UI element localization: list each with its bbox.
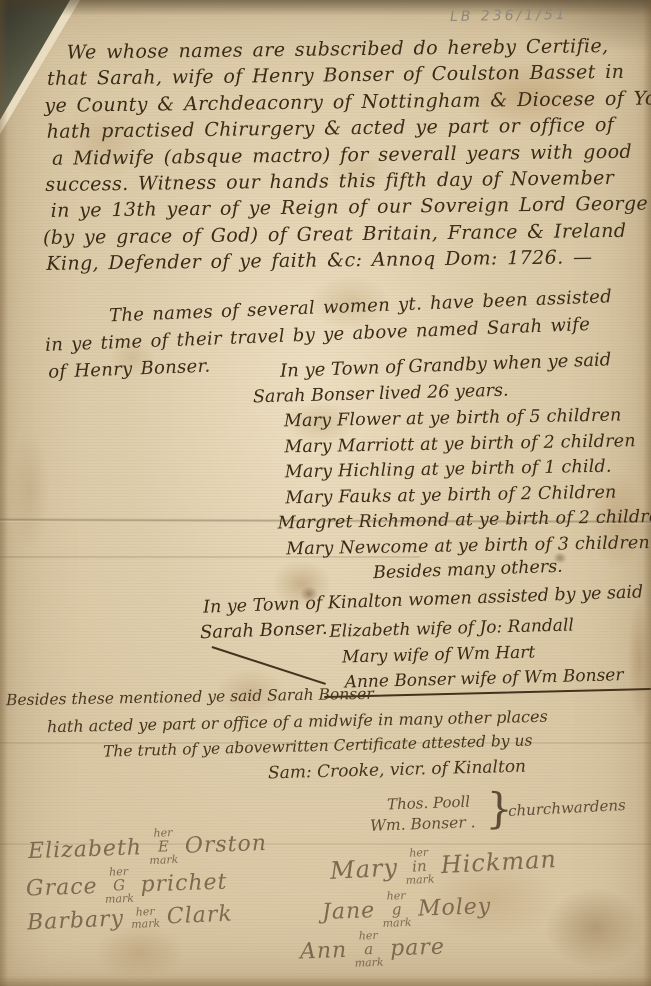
- stain: [95, 925, 185, 980]
- mark-word-mark: mark: [105, 893, 134, 906]
- her-mark-stack: her mark: [130, 906, 160, 930]
- signature-first-name: Grace: [26, 874, 98, 901]
- signature-first-name: Mary: [329, 854, 398, 886]
- churchwarden-signature-1: Thos. Pooll: [387, 793, 471, 814]
- signature-mark-grace-prichet: Grace her G mark prichet: [25, 862, 228, 908]
- her-mark-stack: her a mark: [354, 930, 384, 970]
- mark-initial: G: [113, 878, 126, 894]
- signature-first-name: Jane: [322, 898, 376, 925]
- stain: [10, 430, 50, 550]
- mark-word-mark: mark: [131, 917, 160, 930]
- edge-shadow-bottom: [0, 976, 651, 986]
- mark-word-mark: mark: [355, 957, 384, 970]
- mark-initial: g: [392, 902, 402, 918]
- signature-first-name: Ann: [300, 938, 348, 965]
- certificate-paragraph: We whose names are subscribed do hereby …: [41, 32, 651, 277]
- signature-last-name: pare: [390, 934, 446, 961]
- her-mark-stack: her in mark: [404, 847, 435, 887]
- signature-mark-jane-moley: Jane her g mark Moley: [321, 887, 492, 932]
- archival-reference: LB 236/1/51: [450, 7, 568, 25]
- signature-last-name: Orston: [184, 831, 267, 859]
- her-mark-stack: her g mark: [381, 890, 411, 930]
- her-mark-stack: her E mark: [148, 827, 178, 867]
- signature-last-name: Clark: [166, 902, 233, 930]
- signature-first-name: Barbary: [27, 906, 125, 935]
- stain: [545, 888, 645, 968]
- kinalton-label: Sarah Bonser.: [200, 618, 328, 643]
- signature-last-name: prichet: [140, 869, 228, 897]
- her-mark-stack: her G mark: [104, 866, 134, 906]
- signature-last-name: Hickman: [440, 846, 557, 880]
- signature-first-name: Elizabeth: [28, 835, 143, 864]
- edge-shadow-left: [0, 0, 8, 986]
- signature-last-name: Moley: [418, 894, 492, 922]
- churchwarden-signature-2: Wm. Bonser .: [370, 813, 476, 835]
- mark-initial: E: [158, 839, 169, 855]
- grandby-birth-list: Mary Flower at ye birth of 5 children Ma…: [284, 403, 651, 563]
- mark-initial: a: [364, 942, 373, 958]
- mark-word-mark: mark: [405, 874, 434, 887]
- signature-mark-ann-pare: Ann her a mark pare: [299, 927, 445, 971]
- manuscript-page: LB 236/1/51 We whose names are subscribe…: [0, 0, 651, 986]
- kinalton-women-list: Elizabeth wife of Jo: Randall Mary wife …: [329, 612, 624, 696]
